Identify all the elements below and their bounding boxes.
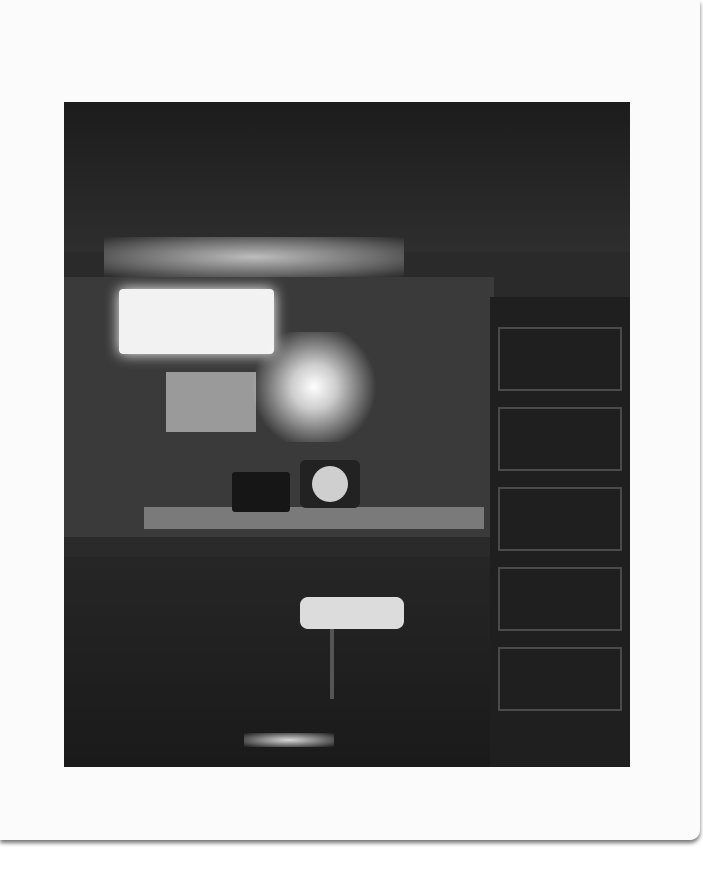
rack-panel <box>498 487 622 551</box>
rack-panel <box>498 567 622 631</box>
ceiling <box>64 102 630 252</box>
equipment-rack <box>490 297 630 767</box>
meter-face <box>312 466 348 502</box>
stool <box>300 597 404 629</box>
round-dial-meter <box>300 460 360 508</box>
rack-panel <box>498 327 622 391</box>
rack-panel <box>498 647 622 711</box>
light-glare <box>244 332 384 442</box>
stool-leg <box>330 629 334 699</box>
ceiling-beam <box>104 237 404 277</box>
floor-light-patch <box>244 733 334 747</box>
rack-panel <box>498 407 622 471</box>
carrying-case <box>232 472 290 512</box>
photo-print-border: Dimly lit room with a workbench, a brigh… <box>0 0 700 840</box>
photograph: Dimly lit room with a workbench, a brigh… <box>64 102 630 767</box>
workbench <box>144 507 484 529</box>
wall-notice-board <box>166 372 256 432</box>
